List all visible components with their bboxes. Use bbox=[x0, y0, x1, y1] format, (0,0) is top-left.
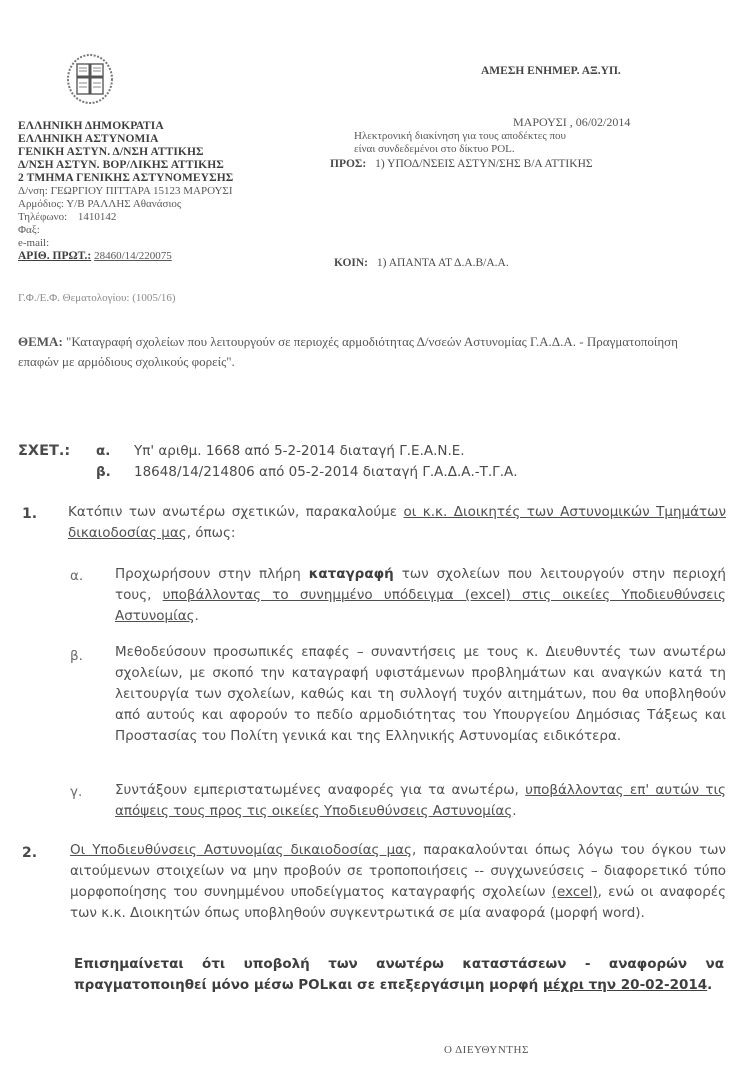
phone: Τηλέφωνο: 1410142 bbox=[18, 211, 233, 224]
item-letter: γ. bbox=[70, 784, 82, 800]
fax-label: Φαξ: bbox=[18, 224, 233, 237]
header-line: 2 ΤΜΗΜΑ ΓΕΝΙΚΗΣ ΑΣΤΥΝΟΜΕΥΣΗΣ bbox=[18, 172, 233, 185]
text: . bbox=[512, 803, 516, 819]
reference-text: Υπ' αριθμ. 1668 από 5-2-2014 διαταγή Γ.Ε… bbox=[134, 443, 465, 459]
paragraph-1b: Μεθοδεύσουν προσωπικές επαφές – συναντήσ… bbox=[115, 642, 726, 747]
text: Προχωρήσουν στην πλήρη bbox=[115, 566, 309, 582]
header-line: ΕΛΛΗΝΙΚΗ ΑΣΤΥΝΟΜΙΑ bbox=[18, 133, 233, 146]
file-code: Γ.Φ./Ε.Φ. Θεματολογίου: (1005/16) bbox=[18, 292, 176, 304]
item-letter: α. bbox=[70, 568, 83, 584]
greek-coat-of-arms-seal-icon bbox=[64, 50, 116, 108]
header-line: ΕΛΛΗΝΙΚΗ ΔΗΜΟΚΡΑΤΙΑ bbox=[18, 120, 233, 133]
electronic-distribution-note: Ηλεκτρονική διακίνηση για τους αποδέκτες… bbox=[354, 130, 566, 155]
protocol-number: ΑΡΙΘ. ΠΡΩΤ.: 28460/14/220075 bbox=[18, 250, 233, 263]
protocol-value: 28460/14/220075 bbox=[94, 250, 172, 262]
email-label: e-mail: bbox=[18, 237, 233, 250]
underlined-text: υποβάλλοντας το συνημμένο υπόδειγμα (exc… bbox=[115, 587, 726, 624]
header-line: ΓΕΝΙΚΗ ΑΣΤΥΝ. Δ/ΝΣΗ ΑΤΤΙΚΗΣ bbox=[18, 146, 233, 159]
urgency-note: ΑΜΕΣΗ ΕΝΗΜΕΡ. ΑΞ.ΥΠ. bbox=[481, 65, 621, 77]
to-value: 1) ΥΠΟΔ/ΝΣΕΙΣ ΑΣΤΥΝ/ΣΗΣ Β/Α ΑΤΤΙΚΗΣ bbox=[375, 158, 592, 170]
text: Κατόπιν των ανωτέρω σχετικών, παρακαλούμ… bbox=[68, 504, 404, 520]
paragraph-number: 2. bbox=[22, 845, 37, 861]
text: . bbox=[195, 608, 199, 624]
paragraph-1a: Προχωρήσουν στην πλήρη καταγραφή των σχο… bbox=[115, 564, 726, 627]
cc-label: ΚΟΙΝ: bbox=[334, 257, 368, 269]
text: , όπως: bbox=[187, 525, 236, 541]
protocol-label: ΑΡΙΘ. ΠΡΩΤ.: bbox=[18, 250, 91, 262]
reference-text: 18648/14/214806 από 05-2-2014 διαταγή Γ.… bbox=[134, 464, 518, 480]
text: Συντάξουν εμπεριστατωμένες αναφορές για … bbox=[115, 782, 525, 798]
paragraph-number: 1. bbox=[22, 506, 37, 522]
cc-value: 1) ΑΠΑΝΤΑ ΑΤ Δ.Α.Β/Α.Α. bbox=[377, 257, 509, 269]
carbon-copy: ΚΟΙΝ: 1) ΑΠΑΝΤΑ ΑΤ Δ.Α.Β/Α.Α. bbox=[334, 257, 509, 269]
signature-title: Ο ΔΙΕΥΘΥΝΤΗΣ bbox=[444, 1044, 529, 1056]
paragraph-1c: Συντάξουν εμπεριστατωμένες αναφορές για … bbox=[115, 780, 726, 822]
note-line: Ηλεκτρονική διακίνηση για τους αποδέκτες… bbox=[354, 130, 566, 143]
reference-letter: β. bbox=[96, 464, 134, 480]
item-letter: β. bbox=[70, 648, 83, 664]
reference-item: β.18648/14/214806 από 05-2-2014 διαταγή … bbox=[96, 464, 518, 480]
responsible-officer: Αρμόδιος: Υ/Β ΡΑΛΛΗΣ Αθανάσιος bbox=[18, 198, 233, 211]
subject-text: "Καταγραφή σχολείων που λειτουργούν σε π… bbox=[18, 334, 678, 369]
underlined-text: Οι Υποδιευθύνσεις Αστυνομίας δικαιοδοσία… bbox=[70, 842, 412, 858]
recipient: ΠΡΟΣ: 1) ΥΠΟΔ/ΝΣΕΙΣ ΑΣΤΥΝ/ΣΗΣ Β/Α ΑΤΤΙΚΗ… bbox=[330, 158, 593, 170]
references: ΣΧΕΤ.: α.Υπ' αριθμ. 1668 από 5-2-2014 δι… bbox=[18, 443, 718, 493]
paragraph-2: Οι Υποδιευθύνσεις Αστυνομίας δικαιοδοσία… bbox=[70, 840, 726, 924]
sender-header: ΕΛΛΗΝΙΚΗ ΔΗΜΟΚΡΑΤΙΑ ΕΛΛΗΝΙΚΗ ΑΣΤΥΝΟΜΙΑ Γ… bbox=[18, 120, 233, 263]
to-label: ΠΡΟΣ: bbox=[330, 158, 366, 170]
subject: ΘΕΜΑ: "Καταγραφή σχολείων που λειτουργού… bbox=[18, 332, 718, 372]
phone-label: Τηλέφωνο: bbox=[18, 211, 67, 223]
address: Δ/νση: ΓΕΩΡΓΙΟΥ ΠΙΤΤΑΡΑ 15123 ΜΑΡΟΥΣΙ bbox=[18, 185, 233, 198]
underlined-text: (excel) bbox=[552, 884, 598, 900]
place-date: ΜΑΡΟΥΣΙ , 06/02/2014 bbox=[513, 115, 630, 130]
subject-label: ΘΕΜΑ: bbox=[18, 334, 63, 349]
reference-item: α.Υπ' αριθμ. 1668 από 5-2-2014 διαταγή Γ… bbox=[96, 443, 465, 459]
text: . bbox=[707, 977, 712, 993]
paragraph-1-intro: Κατόπιν των ανωτέρω σχετικών, παρακαλούμ… bbox=[68, 502, 726, 544]
note-line: είναι συνδεδεμένοι στο δίκτυο POL. bbox=[354, 143, 566, 156]
phone-value: 1410142 bbox=[78, 211, 117, 223]
header-line: Δ/ΝΣΗ ΑΣΤΥΝ. ΒΟΡ/ΛΙΚΗΣ ΑΤΤΙΚΗΣ bbox=[18, 159, 233, 172]
reference-letter: α. bbox=[96, 443, 134, 459]
bold-text: καταγραφή bbox=[309, 566, 394, 582]
refs-label: ΣΧΕΤ.: bbox=[18, 443, 70, 459]
deadline-date: μέχρι την 20-02-2014 bbox=[543, 977, 707, 993]
deadline-note: Επισημαίνεται ότι υποβολή των ανωτέρω κα… bbox=[74, 954, 724, 996]
